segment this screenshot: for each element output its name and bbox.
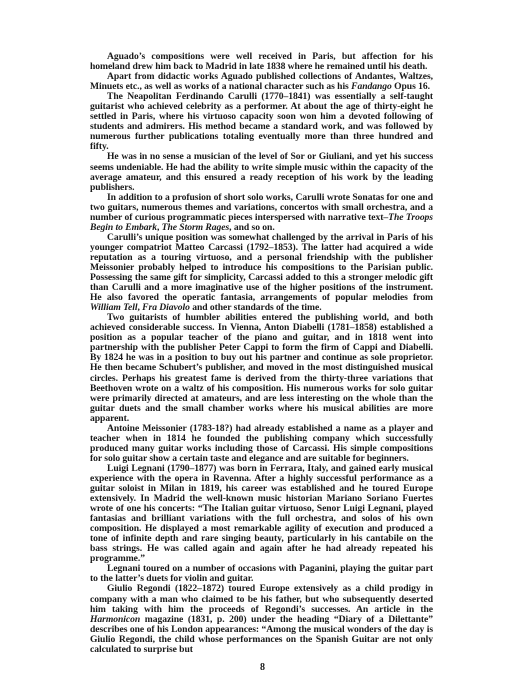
text-run: Legnani toured on a number of occasions … (90, 563, 433, 584)
paragraph: He was in no sense a musician of the lev… (90, 152, 433, 192)
page-number: 8 (0, 662, 525, 673)
text-run: Giulio Regondi (1822–1872) toured Europe… (90, 583, 433, 614)
paragraph: Carulli’s unique position was somewhat c… (90, 233, 433, 313)
paragraph: Aguado’s compositions were well received… (90, 52, 433, 72)
paragraph: The Neapolitan Ferdinando Carulli (1770–… (90, 92, 433, 152)
text-run: He was in no sense a musician of the lev… (90, 151, 433, 192)
paragraph: Apart from didactic works Aguado publish… (90, 72, 433, 92)
text-run: Antoine Meissonier (1783-18?) had alread… (90, 423, 433, 464)
text-run: Two guitarists of humbler abilities ente… (90, 312, 433, 423)
text-run: The Neapolitan Ferdinando Carulli (1770–… (90, 91, 433, 152)
document-body: Aguado’s compositions were well received… (90, 52, 433, 655)
paragraph: Luigi Legnani (1790–1877) was born in Fe… (90, 464, 433, 564)
text-run: Carulli’s unique position was somewhat c… (90, 232, 433, 303)
text-run: Aguado’s compositions were well received… (90, 51, 433, 72)
text-run: In addition to a profusion of short solo… (90, 192, 433, 223)
paragraph: In addition to a profusion of short solo… (90, 193, 433, 233)
paragraph: Legnani toured on a number of occasions … (90, 564, 433, 584)
paragraph: Two guitarists of humbler abilities ente… (90, 313, 433, 424)
paragraph: Antoine Meissonier (1783-18?) had alread… (90, 424, 433, 464)
text-run: magazine (1831, p. 200) under the headin… (90, 614, 433, 655)
text-run: Luigi Legnani (1790–1877) was born in Fe… (90, 463, 433, 564)
paragraph: Giulio Regondi (1822–1872) toured Europe… (90, 584, 433, 654)
